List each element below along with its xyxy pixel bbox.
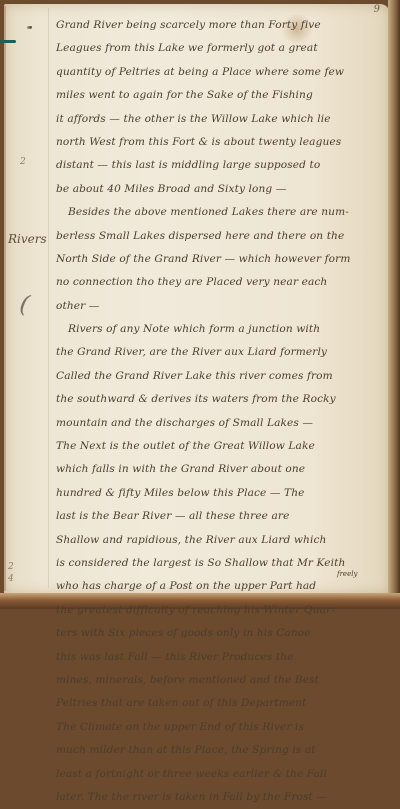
text-line: Rivers of any Note which form a junction… (56, 318, 382, 341)
margin-heading-rivers: Rivers (8, 232, 47, 246)
text-line: distant — this last is middling large su… (56, 154, 382, 177)
text-line: Besides the above mentioned Lakes there … (56, 201, 382, 224)
margin-rule (48, 8, 49, 588)
text-line: north West from this Fort & is about twe… (56, 131, 382, 154)
text-line: the southward & derives its waters from … (56, 388, 382, 411)
text-line: which falls in with the Grand River abou… (56, 458, 382, 481)
text-line: Leagues from this Lake we formerly got a… (56, 37, 382, 60)
text-line: is considered the largest is So Shallow … (56, 552, 382, 575)
text-line: the Grand River, are the River aux Liard… (56, 341, 382, 364)
manuscript-scan: 9 • 2 Rivers ( 2 4 freely Grand River be… (0, 0, 400, 609)
text-line: the greatest difficulty of reaching his … (56, 599, 382, 609)
margin-section-number: 2 (20, 157, 26, 167)
manuscript-text: Grand River being scarcely more than For… (56, 14, 382, 609)
text-line: miles went to again for the Sake of the … (56, 84, 382, 107)
text-line: Grand River being scarcely more than For… (56, 14, 382, 37)
margin-mark-bottom-2: 4 (8, 574, 14, 584)
text-line: North Side of the Grand River — which ho… (56, 248, 382, 271)
text-line: no connection tho they are Placed very n… (56, 271, 382, 294)
text-line: Called the Grand River Lake this river c… (56, 365, 382, 388)
text-line: The Next is the outlet of the Great Will… (56, 435, 382, 458)
page-edge-right (388, 0, 400, 609)
binding-thread (0, 40, 16, 43)
text-line: berless Small Lakes dispersed here and t… (56, 225, 382, 248)
margin-mark-bottom-1: 2 (8, 562, 14, 572)
margin-mark-top: • (28, 24, 33, 34)
text-line: mountain and the discharges of Small Lak… (56, 412, 382, 435)
text-line: be about 40 Miles Broad and Sixty long — (56, 178, 382, 201)
text-line: Shallow and rapidious, the River aux Lia… (56, 529, 382, 552)
text-line: quantity of Peltries at being a Place wh… (56, 61, 382, 84)
text-line: who has charge of a Post on the upper Pa… (56, 575, 382, 598)
binding-edge (4, 6, 6, 591)
text-line: other — (56, 295, 382, 318)
text-line: last is the Bear River — all these three… (56, 505, 382, 528)
text-line: hundred & fifty Miles below this Place —… (56, 482, 382, 505)
text-line: it affords — the other is the Willow Lak… (56, 108, 382, 131)
